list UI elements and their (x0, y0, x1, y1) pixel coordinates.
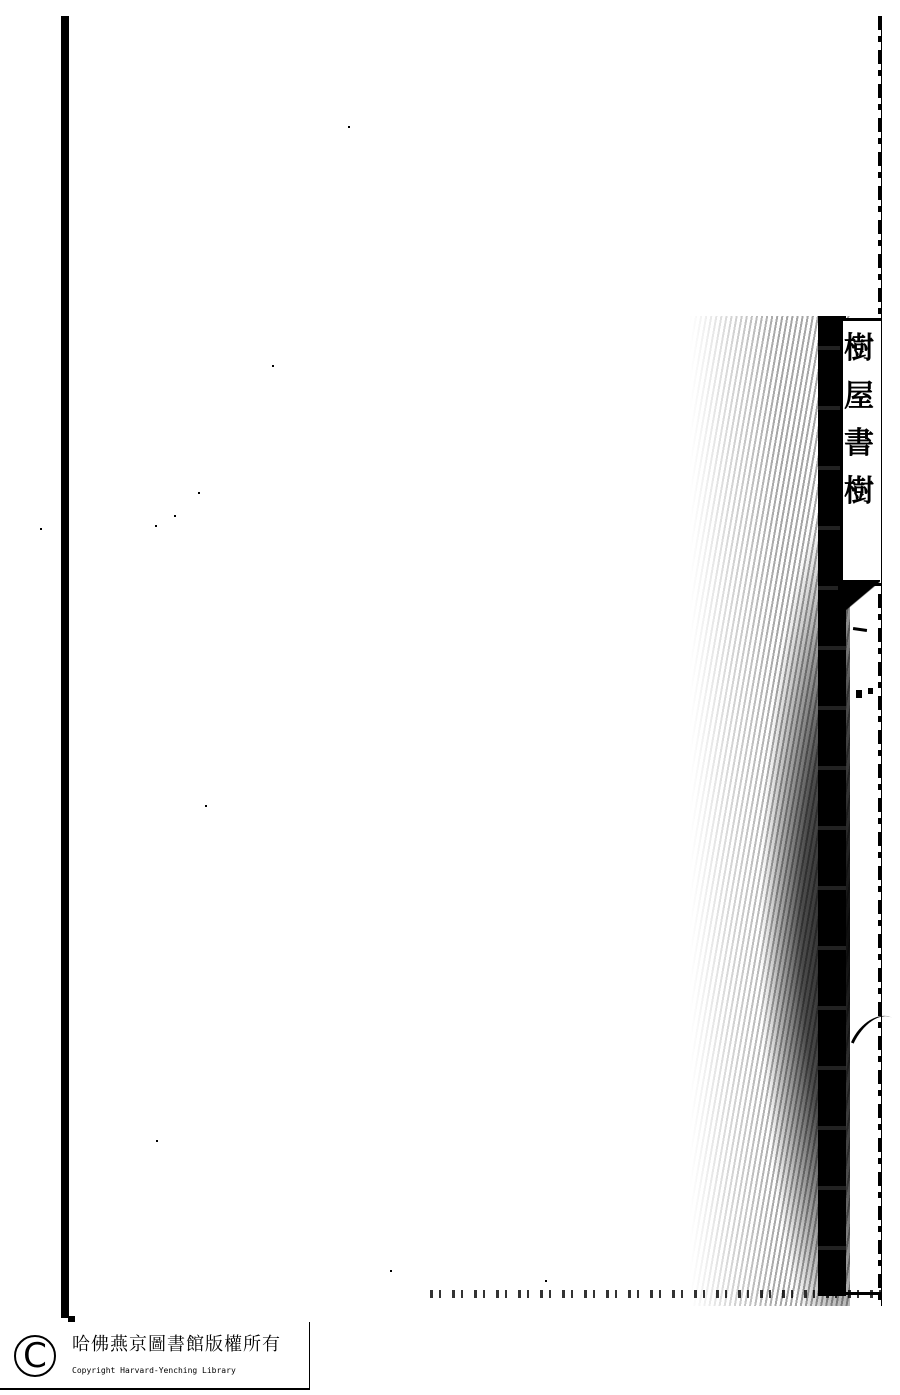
speck (155, 525, 157, 527)
slip-mark (868, 688, 873, 694)
left-binding-edge (61, 16, 69, 1318)
slip-mark (856, 690, 862, 698)
speck (40, 528, 42, 530)
copyright-chinese-text: 哈佛燕京圖書館版權所有 (72, 1330, 281, 1356)
title-char-4: 樹 (844, 473, 874, 511)
speck (272, 365, 274, 367)
title-char-3: 書 (844, 425, 874, 463)
speck (174, 515, 176, 517)
title-char-2: 屋 (844, 378, 874, 416)
copyright-english-text: Copyright Harvard-Yenching Library (72, 1366, 236, 1375)
title-char-1: 樹 (844, 330, 874, 368)
right-page-edge-line (881, 16, 882, 1306)
speck (205, 805, 207, 807)
speck (545, 1280, 547, 1282)
scanned-page: 樹 屋 書 樹 C 哈佛燕京圖書館版權所有 Copyright Harvard-… (0, 0, 900, 1395)
speck (198, 492, 200, 494)
slip-mark (853, 627, 867, 632)
title-slip-text: 樹 屋 書 樹 (843, 330, 875, 510)
page-curl-mark (851, 1006, 892, 1054)
slip-corner-shadow (838, 580, 880, 620)
speck (390, 1270, 392, 1272)
bottom-edge-noise (430, 1290, 885, 1298)
speck (348, 126, 350, 128)
copyright-icon: C (14, 1335, 56, 1377)
speck (156, 1140, 158, 1142)
bottom-edge-line (840, 1292, 882, 1295)
